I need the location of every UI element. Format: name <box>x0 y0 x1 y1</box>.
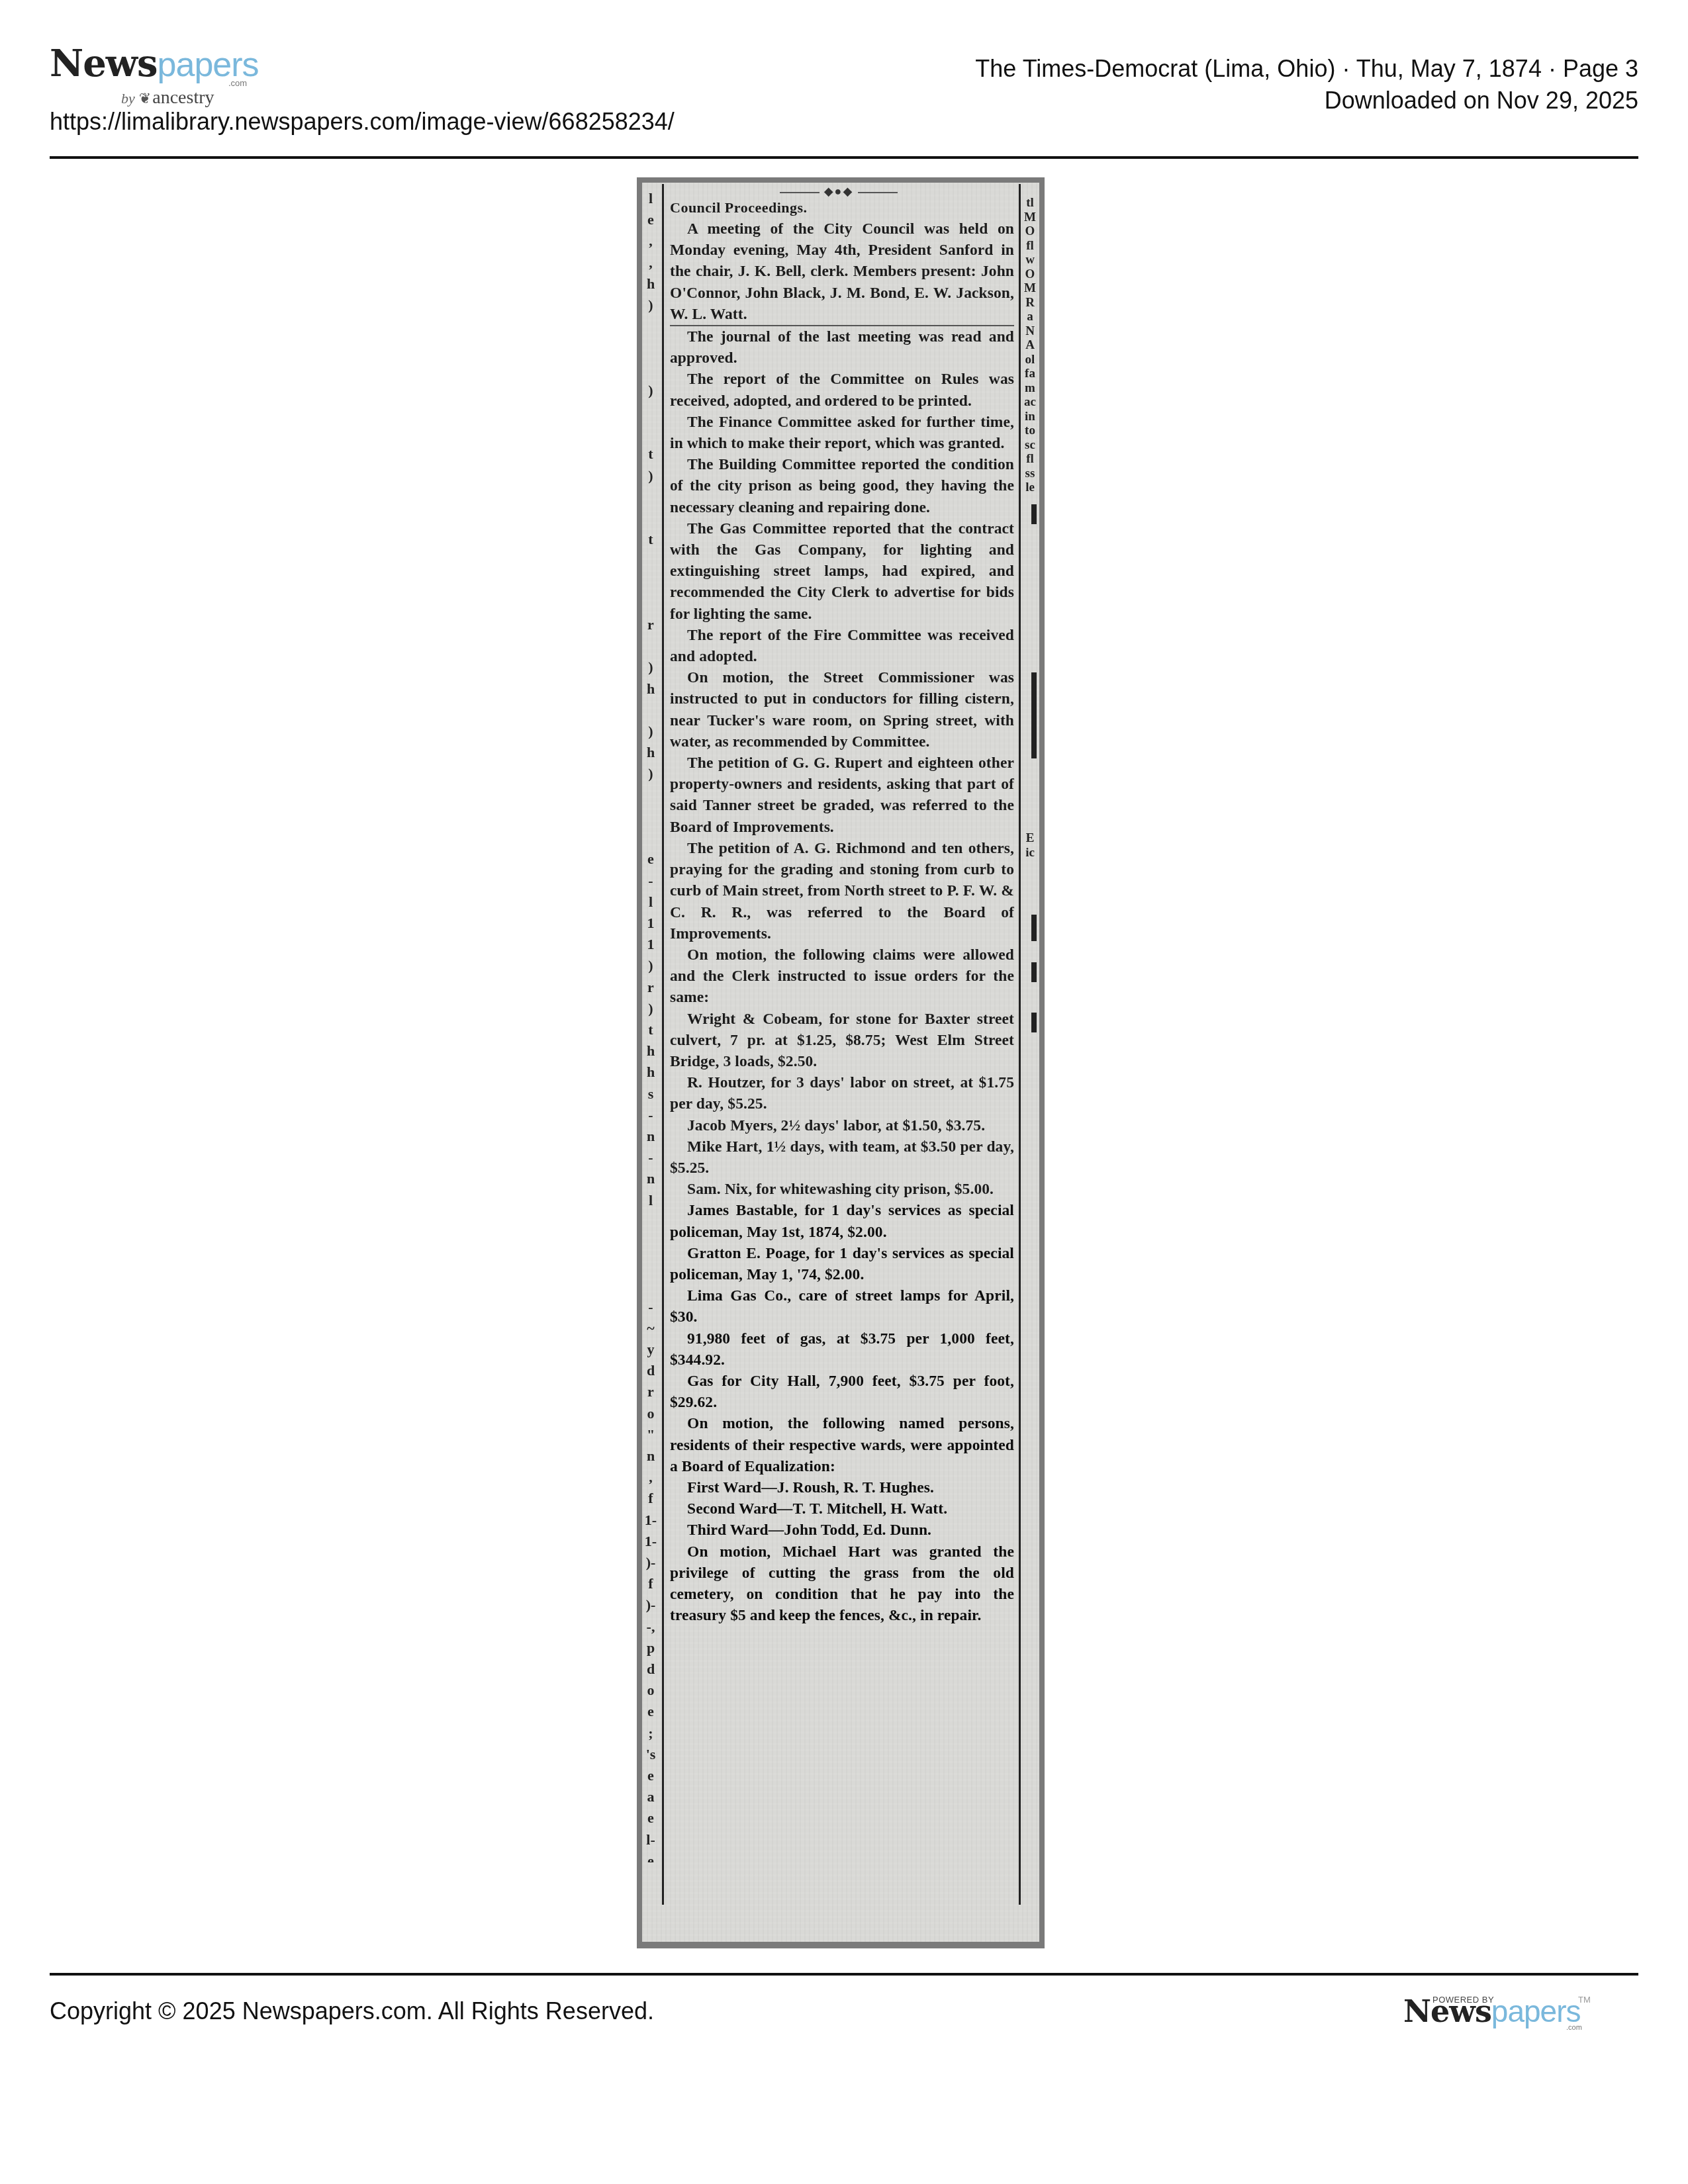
ward-appointment: Second Ward—T. T. Mitchell, H. Watt. <box>670 1498 1014 1520</box>
claim-item: Wright & Cobeam, for stone for Baxter st… <box>670 1009 1014 1073</box>
ancestry-byline: by❦ancestry <box>121 87 214 109</box>
column-rule-right <box>1019 184 1021 1905</box>
footer-logo-dotcom: .com <box>1566 2024 1582 2032</box>
section-ornament: ◆●◆ <box>663 185 1014 197</box>
article-paragraph: The Gas Committee reported that the cont… <box>670 518 1014 625</box>
claim-item: Mike Hart, 1½ days, with team, at $3.50 … <box>670 1136 1014 1179</box>
claim-item: Gas for City Hall, 7,900 feet, $3.75 per… <box>670 1371 1014 1413</box>
logo-dotcom: .com <box>228 78 247 88</box>
footer-divider <box>50 1973 1638 1976</box>
newspapers-by-ancestry-logo[interactable]: Newspapers .com by❦ancestry <box>50 46 255 106</box>
claim-item: R. Houtzer, for 3 days' labor on street,… <box>670 1072 1014 1115</box>
article-paragraph: The Building Committee reported the cond… <box>670 454 1014 518</box>
claim-item: 91,980 feet of gas, at $3.75 per 1,000 f… <box>670 1328 1014 1371</box>
claim-item: Sam. Nix, for whitewashing city prison, … <box>670 1179 1014 1200</box>
article-paragraph: The journal of the last meeting was read… <box>670 325 1014 369</box>
claim-item: Jacob Myers, 2½ days' labor, at $1.50, $… <box>670 1115 1014 1136</box>
article-paragraph: The petition of A. G. Richmond and ten o… <box>670 838 1014 944</box>
powered-by-newspapers-logo[interactable]: POWERED BY Newspapers .com TM <box>1403 1992 1642 2038</box>
publication-line: The Times-Democrat (Lima, Ohio) · Thu, M… <box>975 53 1638 85</box>
article-paragraph: On motion, the following claims were all… <box>670 944 1014 1009</box>
article-paragraph: On motion, Michael Hart was granted the … <box>670 1541 1014 1627</box>
clipping-paper: l e , , h ) ) t ) t r ) h ) h ) e - l 1 … <box>642 183 1039 1942</box>
claim-item: Gratton E. Poage, for 1 day's services a… <box>670 1243 1014 1285</box>
article-paragraph: On motion, the Street Commissioner was i… <box>670 667 1014 752</box>
column-mark <box>1031 672 1037 758</box>
claim-item: Lima Gas Co., care of street lamps for A… <box>670 1285 1014 1328</box>
article-headline: Council Proceedings. <box>670 199 1014 217</box>
download-date: Downloaded on Nov 29, 2025 <box>975 85 1638 116</box>
article-paragraph: The Finance Committee asked for further … <box>670 412 1014 454</box>
article-paragraph: The report of the Committee on Rules was… <box>670 369 1014 411</box>
column-mark <box>1031 1013 1037 1032</box>
source-url-link[interactable]: https://limalibrary.newspapers.com/image… <box>50 108 675 136</box>
newspaper-clipping-image: l e , , h ) ) t ) t r ) h ) h ) e - l 1 … <box>637 177 1045 1948</box>
newspapers-wordmark: Newspapers <box>50 46 259 82</box>
ancestry-leaf-icon: ❦ <box>139 90 151 107</box>
article-paragraph: The petition of G. G. Rupert and eightee… <box>670 752 1014 838</box>
ward-appointment: Third Ward—John Todd, Ed. Dunn. <box>670 1520 1014 1541</box>
article-paragraph: On motion, the following named persons, … <box>670 1413 1014 1477</box>
footer-wordmark: Newspapers <box>1403 1996 1580 2026</box>
adjacent-column-left-fragment: l e , , h ) ) t ) t r ) h ) h ) e - l 1 … <box>643 188 658 1862</box>
adjacent-column-right-fragment-lower: E ic <box>1023 831 1037 860</box>
header-divider <box>50 156 1638 159</box>
ward-appointment: First Ward—J. Roush, R. T. Hughes. <box>670 1477 1014 1498</box>
column-mark <box>1031 915 1037 941</box>
column-mark <box>1031 504 1037 524</box>
column-rule-left <box>662 184 664 1905</box>
publication-meta: The Times-Democrat (Lima, Ohio) · Thu, M… <box>975 53 1638 116</box>
trademark-mark: TM <box>1578 1995 1591 2005</box>
adjacent-column-right-fragment: tl M O fl w O M R a N A ol fa m ac in to… <box>1023 196 1037 495</box>
copyright-notice: Copyright © 2025 Newspapers.com. All Rig… <box>50 1997 654 2025</box>
article-column: ◆●◆ Council Proceedings. A meeting of th… <box>670 185 1014 1626</box>
article-paragraph: A meeting of the City Council was held o… <box>670 218 1014 325</box>
claim-item: James Bastable, for 1 day's services as … <box>670 1200 1014 1242</box>
column-mark <box>1031 962 1037 982</box>
article-paragraph: The report of the Fire Committee was rec… <box>670 625 1014 667</box>
